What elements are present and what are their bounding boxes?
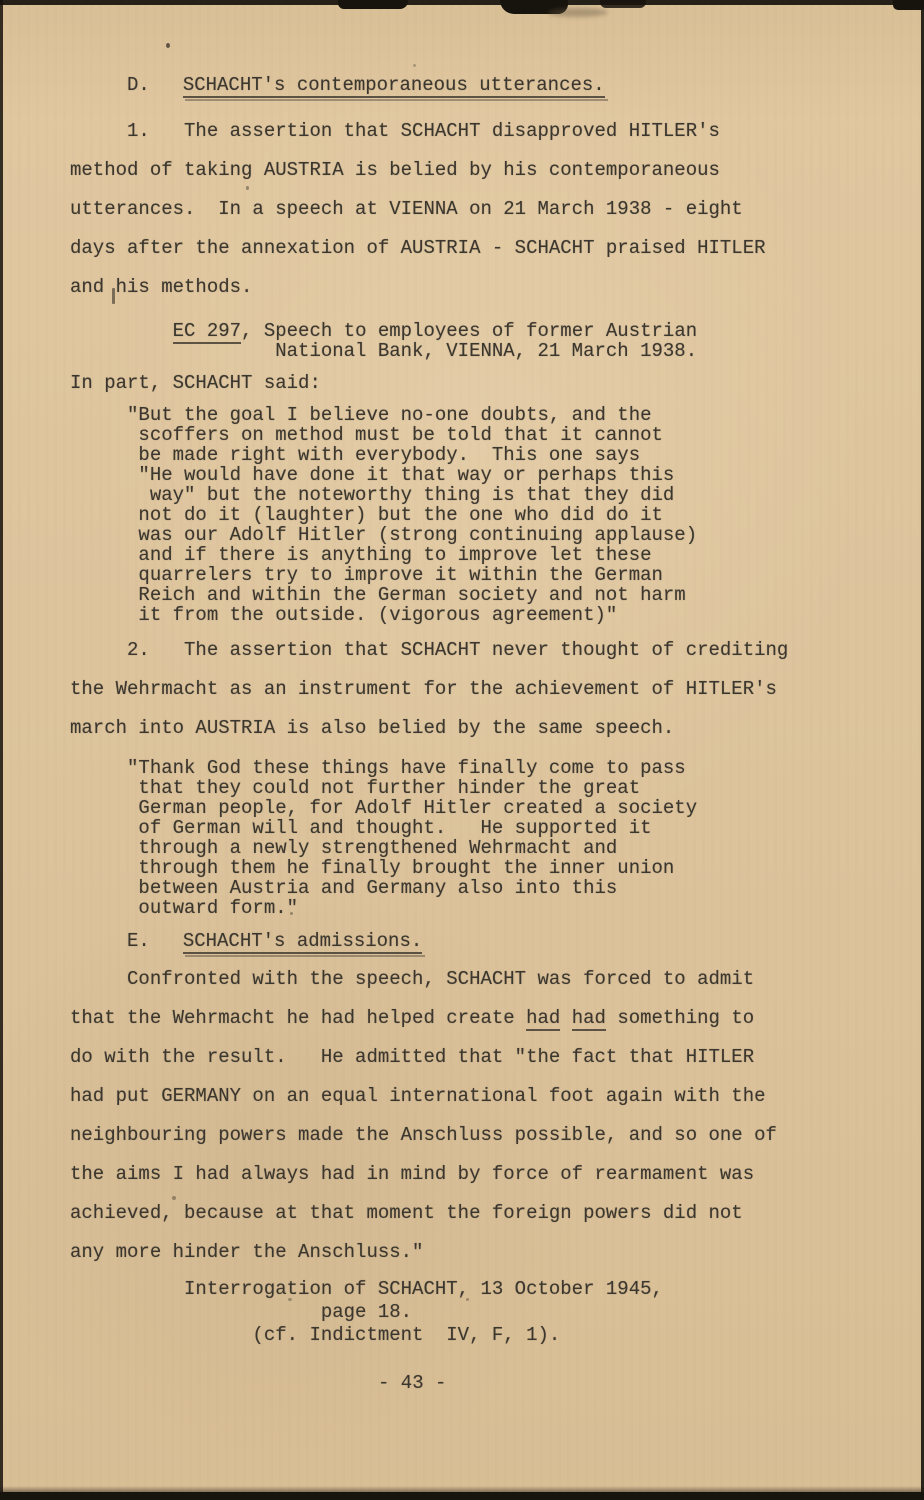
section-title-d: SCHACHT's contemporaneous utterances. — [183, 74, 605, 98]
line2-sep — [560, 1007, 571, 1029]
page-number: - 43 - — [378, 1373, 874, 1393]
ink-speck — [172, 1196, 176, 1200]
quote-block-2: "Thank God these things have finally com… — [70, 758, 874, 918]
exhibit-citation-ec297: EC 297, Speech to employees of former Au… — [70, 321, 874, 361]
citation-line-2: National Bank, VIENNA, 21 March 1938. — [70, 341, 874, 361]
ink-speck-caret — [112, 288, 115, 304]
scan-artifact-bottom-edge — [0, 1492, 924, 1500]
line2-underlined-had-1: had — [526, 1007, 560, 1031]
quote-block-1: "But the goal I believe no-one doubts, a… — [70, 405, 874, 625]
interrogation-citation: Interrogation of SCHACHT, 13 October 194… — [70, 1278, 874, 1347]
section-heading-d: D.SCHACHT's contemporaneous utterances. — [127, 72, 874, 98]
paragraph-3-line-1: Confronted with the speech, SCHACHT was … — [70, 960, 874, 999]
scan-artifact-top-bump — [338, 0, 408, 9]
scan-artifact-top-right — [893, 0, 924, 10]
scan-artifact-left-edge — [0, 0, 3, 1500]
scan-artifact-top-blob-2 — [600, 0, 646, 8]
section-letter-e: E. — [127, 930, 150, 952]
ink-speck — [290, 912, 293, 915]
document-content: D.SCHACHT's contemporaneous utterances. … — [0, 0, 924, 1500]
scanned-document-page: D.SCHACHT's contemporaneous utterances. … — [0, 0, 924, 1500]
ink-speck — [466, 1298, 469, 1301]
paragraph-2: 2. The assertion that SCHACHT never thou… — [70, 631, 874, 748]
attribution-intro: In part, SCHACHT said: — [70, 373, 874, 393]
ink-speck — [246, 186, 249, 190]
paragraph-3: Confronted with the speech, SCHACHT was … — [70, 960, 874, 1272]
line2-underlined-had-2: had — [572, 1007, 606, 1031]
citation-text: , Speech to employees of former Austrian — [241, 320, 697, 342]
paragraph-3-rest: do with the result. He admitted that "th… — [70, 1038, 874, 1272]
ink-speck — [413, 64, 416, 67]
line2-post: something to — [606, 1007, 754, 1029]
paragraph-3-line-2: that the Wehrmacht he had helped create … — [70, 999, 874, 1038]
section-title-e: SCHACHT's admissions. — [183, 930, 422, 954]
citation-line-1: EC 297, Speech to employees of former Au… — [70, 321, 874, 341]
paragraph-1: 1. The assertion that SCHACHT disapprove… — [70, 112, 874, 307]
section-heading-e: E.SCHACHT's admissions. — [127, 928, 874, 954]
scan-artifact-top-edge — [0, 0, 924, 5]
ink-speck — [166, 43, 170, 48]
ink-speck — [288, 1298, 292, 1301]
citation-indent — [70, 320, 173, 342]
section-letter-d: D. — [127, 74, 150, 96]
line2-pre: that the Wehrmacht he had helped create — [70, 1007, 526, 1029]
scan-smudge — [548, 8, 608, 17]
